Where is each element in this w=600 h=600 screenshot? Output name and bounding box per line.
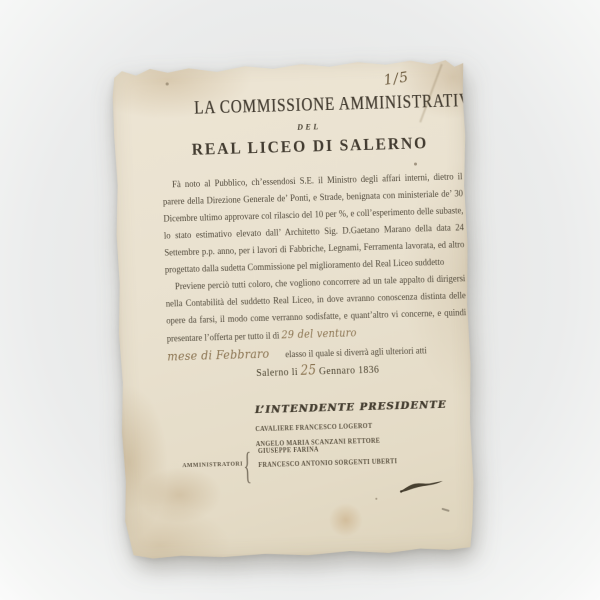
- subtitle-institution: REAL LICEO DI SALERNO: [159, 132, 459, 160]
- administrators-brace: {: [243, 444, 252, 488]
- signatory-1: CAVALIERE FRANCESCO LOGEROT: [255, 420, 457, 433]
- ink-smudge-mark: [399, 478, 445, 497]
- paper-speck: [166, 82, 169, 85]
- document-paper: 1/5 LA COMMISSIONE AMMINISTRATIVA DEL RE…: [111, 57, 477, 561]
- title-commission: LA COMMISSIONE AMMINISTRATIVA: [194, 90, 481, 120]
- body-paragraph-2: Previene perciò tutti coloro, che voglio…: [165, 270, 467, 347]
- handwritten-month: mese di Febbraro: [167, 346, 270, 364]
- administrators-label: AMMINISTRATORI: [182, 461, 243, 469]
- handwritten-page-mark: 1/5: [383, 69, 411, 89]
- dateline-prefix: Salerno li: [256, 366, 298, 379]
- paragraph-2-end-text: elasso il quale si diverrà agli ulterior…: [285, 345, 427, 360]
- document-paper-wrap: 1/5 LA COMMISSIONE AMMINISTRATIVA DEL RE…: [111, 57, 477, 561]
- handwritten-day: 25: [300, 362, 316, 378]
- paper-speck: [414, 163, 417, 166]
- body-paragraph-1: Fà noto al Pubblico, ch’essendosi S.E. i…: [162, 168, 465, 278]
- body-text: Fà noto al Pubblico, ch’essendosi S.E. i…: [162, 168, 468, 384]
- dateline-suffix: Gennaro 1836: [319, 364, 380, 378]
- paper-speck: [375, 498, 377, 500]
- masthead: LA COMMISSIONE AMMINISTRATIVA DEL REAL L…: [158, 90, 460, 160]
- signature-block: L’INTENDENTE PRESIDENTE CAVALIERE FRANCE…: [255, 395, 458, 449]
- signature-heading: L’INTENDENTE PRESIDENTE: [255, 399, 447, 416]
- photo-backdrop: 1/5 LA COMMISSIONE AMMINISTRATIVA DEL RE…: [0, 0, 600, 600]
- administrator-2: FRANCESCO ANTONIO SORGENTI UBERTI: [258, 458, 409, 469]
- paper-scratch: [442, 508, 450, 512]
- handwritten-deadline: 29 del venturo: [281, 326, 357, 341]
- administrators-names: GIUSEPPE FARINA FRANCESCO ANTONIO SORGEN…: [258, 444, 410, 469]
